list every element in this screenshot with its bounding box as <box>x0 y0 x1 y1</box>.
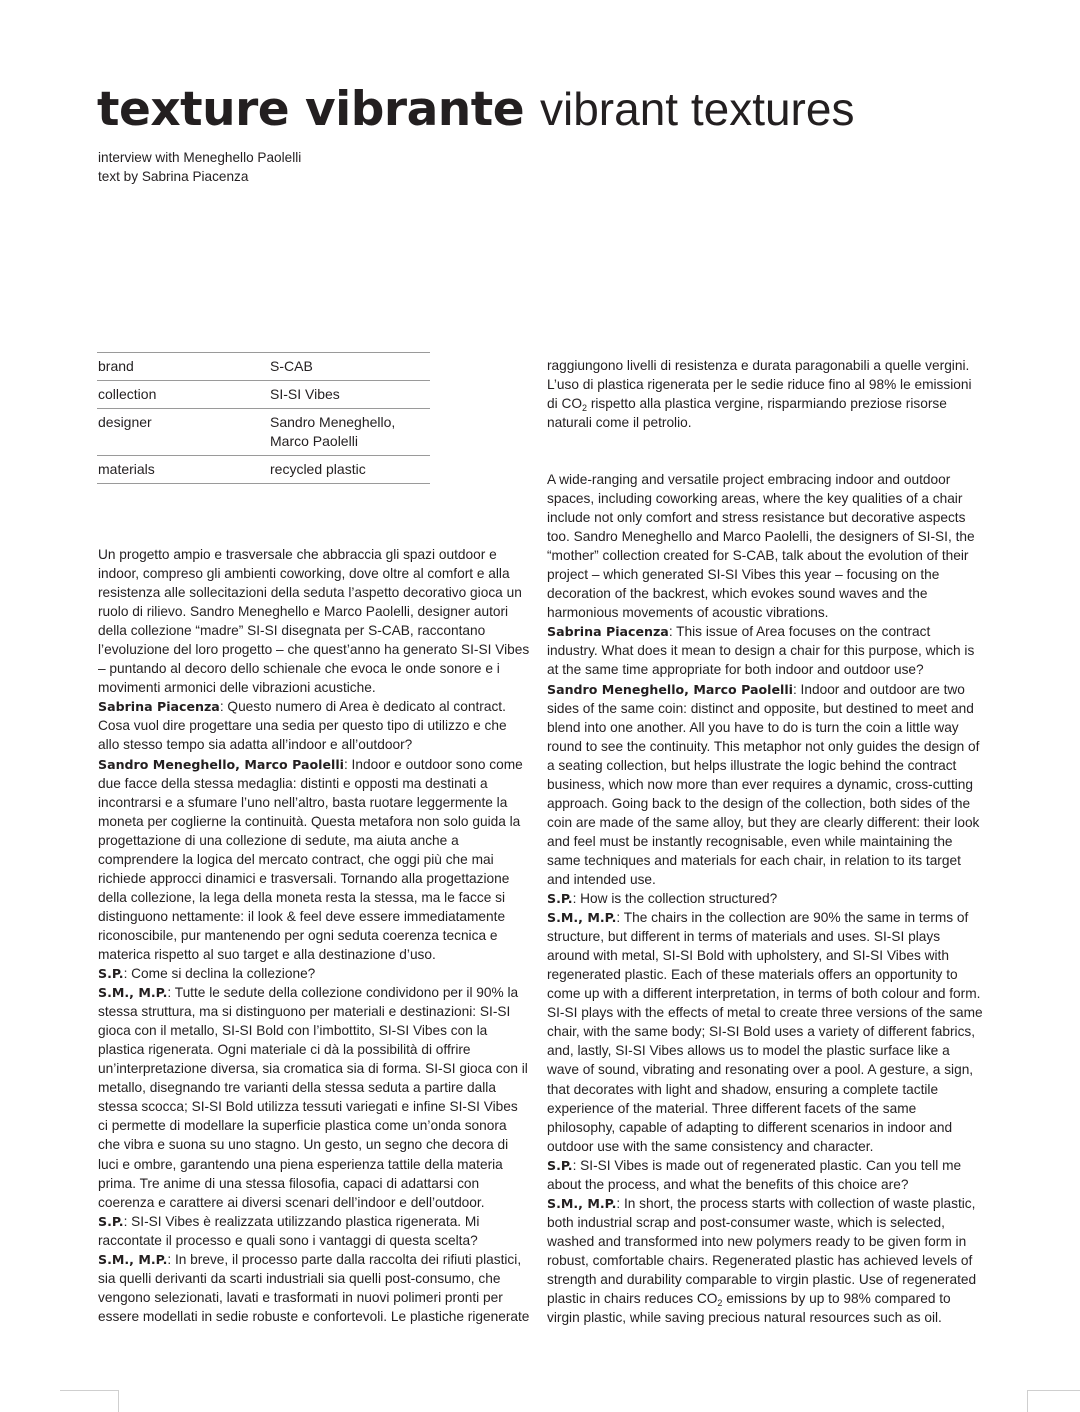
crop-mark-left-horizontal <box>60 1390 119 1391</box>
spec-value-line: Sandro Meneghello, <box>270 413 430 432</box>
qa-text: : In short, the process starts with coll… <box>547 1196 976 1306</box>
spec-row: brand S-CAB <box>97 353 430 381</box>
qa-paragraph: S.M., M.P.: Tutte le sedute della collez… <box>98 983 530 1212</box>
qa-paragraph: S.P.: Come si declina la collezione? <box>98 964 530 983</box>
speaker-label: S.P. <box>98 966 124 981</box>
english-intro: A wide-ranging and versatile project emb… <box>547 470 983 622</box>
speaker-label: Sabrina Piacenza <box>547 624 669 639</box>
italian-intro: Un progetto ampio e trasversale che abbr… <box>98 545 530 697</box>
qa-paragraph: S.M., M.P.: In short, the process starts… <box>547 1194 983 1327</box>
spec-value: recycled plastic <box>269 456 430 484</box>
speaker-label: Sandro Meneghello, Marco Paolelli <box>98 757 344 772</box>
text-run: rispetto alla plastica vergine, risparmi… <box>547 396 947 430</box>
qa-paragraph: S.P.: SI-SI Vibes è realizzata utilizzan… <box>98 1212 530 1250</box>
spec-value: S-CAB <box>269 353 430 381</box>
spec-value-line: Marco Paolelli <box>270 432 430 451</box>
qa-text: : Indoor and outdoor are two sides of th… <box>547 682 979 887</box>
qa-text: : How is the collection structured? <box>573 891 778 906</box>
speaker-label: S.M., M.P. <box>98 985 167 1000</box>
spec-row: collection SI-SI Vibes <box>97 381 430 409</box>
qa-text: : SI-SI Vibes è realizzata utilizzando p… <box>98 1214 479 1248</box>
byline: interview with Meneghello Paolelli text … <box>98 148 301 186</box>
qa-text: : Tutte le sedute della collezione condi… <box>98 985 528 1210</box>
italian-continuation: raggiungono livelli di resistenza e dura… <box>547 356 983 432</box>
speaker-label: S.M., M.P. <box>547 1196 616 1211</box>
crop-mark-left-vertical <box>118 1390 119 1412</box>
spec-key: materials <box>97 456 269 484</box>
interview-credit: interview with Meneghello Paolelli <box>98 148 301 167</box>
italian-text-column: Un progetto ampio e trasversale che abbr… <box>98 545 530 1326</box>
spec-key: brand <box>97 353 269 381</box>
speaker-label: Sandro Meneghello, Marco Paolelli <box>547 682 793 697</box>
speaker-label: S.P. <box>547 1158 573 1173</box>
spec-key: designer <box>97 409 269 456</box>
spec-key: collection <box>97 381 269 409</box>
qa-text: : Indoor e outdoor sono come due facce d… <box>98 757 523 962</box>
speaker-label: S.P. <box>547 891 573 906</box>
author-credit: text by Sabrina Piacenza <box>98 167 301 186</box>
speaker-label: S.M., M.P. <box>98 1252 167 1267</box>
qa-text: : SI-SI Vibes is made out of regenerated… <box>547 1158 961 1192</box>
crop-mark-right-horizontal <box>1027 1390 1080 1391</box>
spec-row: materials recycled plastic <box>97 456 430 484</box>
title-italian: texture vibrante <box>97 82 524 137</box>
qa-paragraph: S.M., M.P.: The chairs in the collection… <box>547 908 983 1156</box>
qa-paragraph: Sabrina Piacenza: This issue of Area foc… <box>547 622 983 679</box>
qa-paragraph: S.M., M.P.: In breve, il processo parte … <box>98 1250 530 1326</box>
spec-value: SI-SI Vibes <box>269 381 430 409</box>
qa-paragraph: S.P.: How is the collection structured? <box>547 889 983 908</box>
spec-row: designer Sandro Meneghello,Marco Paolell… <box>97 409 430 456</box>
product-specs-table: brand S-CAB collection SI-SI Vibes desig… <box>97 352 430 484</box>
qa-text: : The chairs in the collection are 90% t… <box>547 910 983 1154</box>
speaker-label: S.P. <box>98 1214 124 1229</box>
title-english: vibrant textures <box>540 83 854 135</box>
speaker-label: S.M., M.P. <box>547 910 616 925</box>
qa-paragraph: Sandro Meneghello, Marco Paolelli: Indoo… <box>547 680 983 890</box>
spec-value: Sandro Meneghello,Marco Paolelli <box>269 409 430 456</box>
italian-continuation-paragraph: raggiungono livelli di resistenza e dura… <box>547 356 983 432</box>
qa-paragraph: Sandro Meneghello, Marco Paolelli: Indoo… <box>98 755 530 965</box>
qa-paragraph: Sabrina Piacenza: Questo numero di Area … <box>98 697 530 754</box>
english-text-column: A wide-ranging and versatile project emb… <box>547 470 983 1327</box>
qa-text: : Come si declina la collezione? <box>124 966 316 981</box>
speaker-label: Sabrina Piacenza <box>98 699 220 714</box>
qa-paragraph: S.P.: SI-SI Vibes is made out of regener… <box>547 1156 983 1194</box>
crop-mark-right-vertical <box>1027 1390 1028 1412</box>
page-title: texture vibrante vibrant textures <box>97 80 854 139</box>
